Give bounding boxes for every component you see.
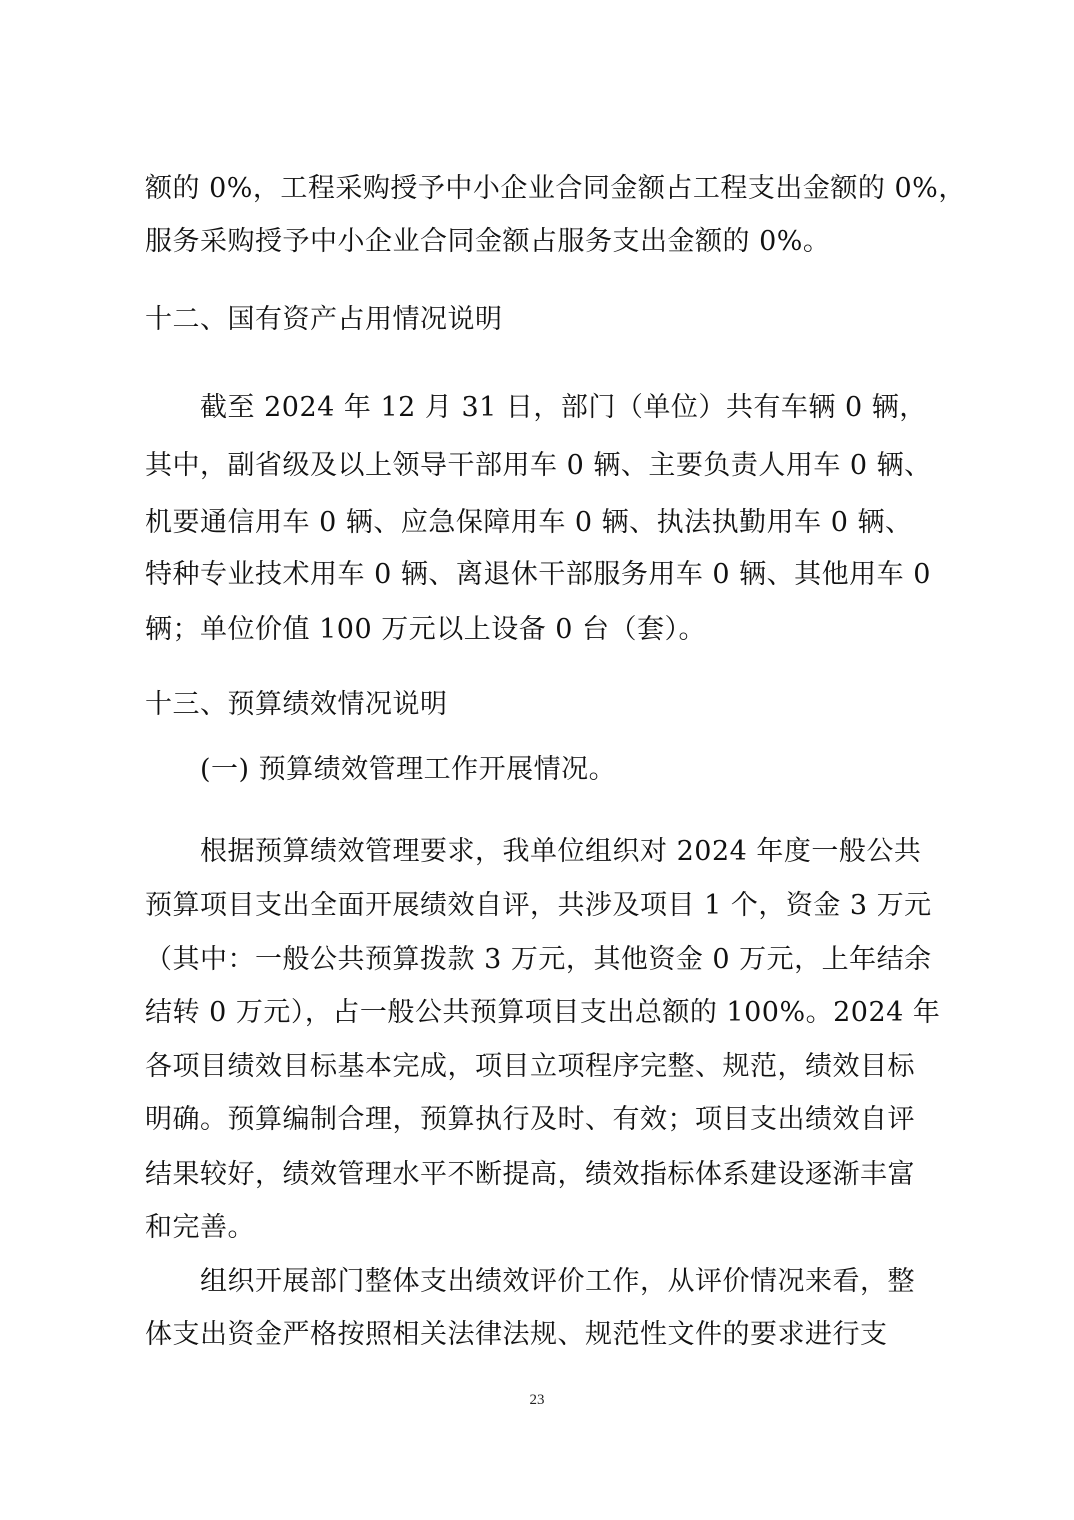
paragraph-line: 明确。预算编制合理，预算执行及时、有效；项目支出绩效自评 [145, 1103, 945, 1137]
paragraph-line: （其中：一般公共预算拨款 3 万元，其他资金 0 万元，上年结余 [145, 943, 945, 977]
paragraph-line: 结果较好，绩效管理水平不断提高，绩效指标体系建设逐渐丰富 [145, 1158, 945, 1192]
paragraph-line: 其中，副省级及以上领导干部用车 0 辆、主要负责人用车 0 辆、 [145, 449, 945, 483]
paragraph-line: 体支出资金严格按照相关法律法规、规范性文件的要求进行支 [145, 1318, 945, 1352]
paragraph-line: 额的 0%，工程采购授予中小企业合同金额占工程支出金额的 0%， [145, 172, 945, 206]
paragraph-line: 根据预算绩效管理要求，我单位组织对 2024 年度一般公共 [200, 835, 945, 869]
paragraph-line: 组织开展部门整体支出绩效评价工作，从评价情况来看，整 [200, 1265, 945, 1299]
paragraph-line: 结转 0 万元），占一般公共预算项目支出总额的 100%。2024 年 [145, 996, 945, 1030]
paragraph-line: 机要通信用车 0 辆、应急保障用车 0 辆、执法执勤用车 0 辆、 [145, 506, 945, 540]
paragraph-line: 截至 2024 年 12 月 31 日，部门（单位）共有车辆 0 辆， [200, 391, 945, 425]
paragraph-line: 预算项目支出全面开展绩效自评，共涉及项目 1 个，资金 3 万元 [145, 889, 945, 923]
paragraph-line: 各项目绩效目标基本完成，项目立项程序完整、规范，绩效目标 [145, 1050, 945, 1084]
paragraph-line: 特种专业技术用车 0 辆、离退休干部服务用车 0 辆、其他用车 0 [145, 558, 945, 592]
section-heading: 十二、国有资产占用情况说明 [145, 303, 945, 337]
page-number: 23 [0, 1392, 1074, 1409]
subsection-heading: (一) 预算绩效管理工作开展情况。 [200, 753, 945, 787]
paragraph-line: 和完善。 [145, 1211, 945, 1245]
paragraph-line: 服务采购授予中小企业合同金额占服务支出金额的 0%。 [145, 225, 945, 259]
paragraph-line: 辆；单位价值 100 万元以上设备 0 台（套）。 [145, 613, 945, 647]
section-heading: 十三、预算绩效情况说明 [145, 688, 945, 722]
